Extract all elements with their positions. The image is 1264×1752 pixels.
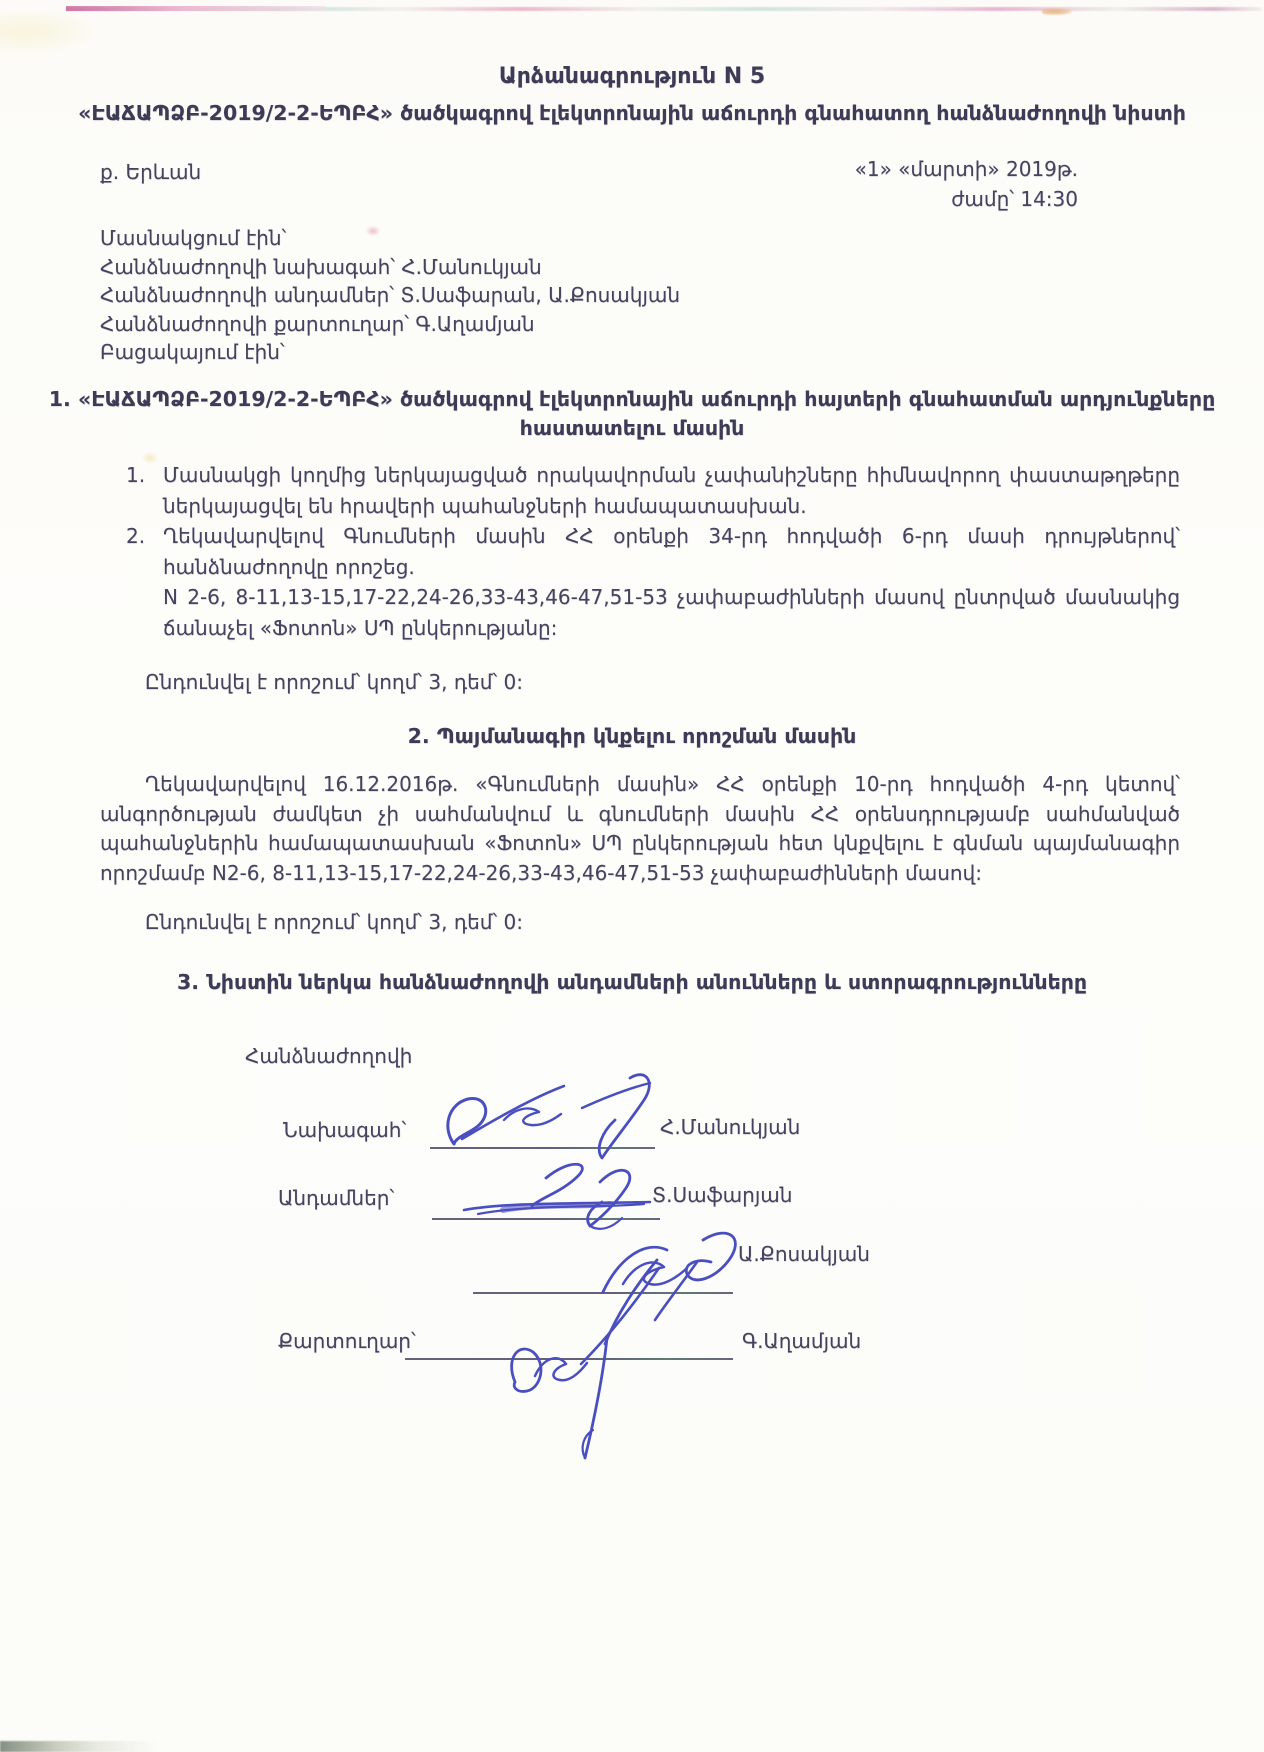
time-line: ժամը՝ 14:30 bbox=[855, 184, 1078, 215]
members-line: Հանձնաժողովի անդամներ՝ Տ.Սաֆարան, Ա.Քոսա… bbox=[100, 281, 680, 310]
date-block: «1» «մարտի» 2019թ. ժամը՝ 14:30 bbox=[855, 155, 1078, 215]
document-subtitle: «ԷԱՃԱՊՁԲ-2019/2-2-ԵՊԲՀ» ծածկագրով էլեկտր… bbox=[0, 99, 1264, 128]
section2-heading: 2. Պայմանագիր կնքելու որոշման մասին bbox=[0, 722, 1264, 751]
signature-secretary bbox=[487, 1252, 687, 1464]
section2-paragraph: Ղեկավարվելով 16.12.2016թ. «Գնումների մաս… bbox=[100, 770, 1180, 888]
scanned-protocol-page: Արձանագրություն N 5 «ԷԱՃԱՊՁԲ-2019/2-2-ԵՊ… bbox=[0, 0, 1264, 1752]
section1-heading-line2: հաստատելու մասին bbox=[0, 414, 1264, 443]
signature-label-chairman: Նախագահ՝ bbox=[283, 1116, 406, 1145]
participants-block: Մասնակցում էին՝ Հանձնաժողովի նախագահ՝ Հ.… bbox=[100, 224, 680, 367]
city-label: ք. Երևան bbox=[100, 158, 201, 187]
signature-label-secretary: Քարտուղար՝ bbox=[278, 1327, 416, 1356]
signature-chairman bbox=[432, 1066, 682, 1162]
decision-line-2: Ընդունվել է որոշում՝ կողմ՝ 3, դեմ՝ 0: bbox=[145, 908, 523, 937]
chairman-line: Հանձնաժողովի նախագահ՝ Հ.Մանուկյան bbox=[100, 253, 680, 282]
lots-line: N 2-6, 8-11,13-15,17-22,24-26,33-43,46-4… bbox=[100, 582, 1180, 643]
section1-heading: 1. «ԷԱՃԱՊՁԲ-2019/2-2-ԵՊԲՀ» ծածկագրով էլե… bbox=[0, 385, 1264, 443]
signature-name-member-2: Ա.Քոսակյան bbox=[738, 1240, 870, 1269]
section1-heading-line1: 1. «ԷԱՃԱՊՁԲ-2019/2-2-ԵՊԲՀ» ծածկագրով էլե… bbox=[0, 385, 1264, 414]
signature-name-chairman: Հ.Մանուկյան bbox=[660, 1113, 800, 1142]
signature-name-secretary: Գ.Աղամյան bbox=[742, 1327, 861, 1356]
decision-line-1: Ընդունվել է որոշում՝ կողմ՝ 3, դեմ՝ 0: bbox=[145, 668, 523, 697]
signature-label-members: Անդամներ՝ bbox=[278, 1184, 394, 1213]
list-item-number: 2. bbox=[126, 521, 145, 552]
commission-label: Հանձնաժողովի bbox=[245, 1042, 412, 1071]
bottom-edge-smudge bbox=[0, 1741, 160, 1752]
list-item: 1. Մասնակցի կողմից ներկայացված որակավորմ… bbox=[100, 460, 1180, 521]
present-label: Մասնակցում էին՝ bbox=[100, 224, 680, 253]
list-item: 2. Ղեկավարվելով Գնումների մասին ՀՀ օրենք… bbox=[100, 521, 1180, 582]
section3-heading: 3. Նիստին ներկա հանձնաժողովի անդամների ա… bbox=[0, 968, 1264, 997]
list-item-text: Մասնակցի կողմից ներկայացված որակավորման … bbox=[163, 463, 1180, 518]
date-line: «1» «մարտի» 2019թ. bbox=[855, 155, 1078, 184]
document-title: Արձանագրություն N 5 bbox=[0, 62, 1264, 92]
scan-speck bbox=[1042, 8, 1072, 15]
list-item-text: Ղեկավարվելով Գնումների մասին ՀՀ օրենքի 3… bbox=[163, 524, 1180, 579]
secretary-line: Հանձնաժողովի քարտուղար՝ Գ.Աղամյան bbox=[100, 310, 680, 339]
list-item-number: 1. bbox=[126, 460, 145, 491]
decisions-list: 1. Մասնակցի կողմից ներկայացված որակավորմ… bbox=[100, 460, 1180, 643]
absent-label: Բացակայում էին՝ bbox=[100, 338, 680, 367]
scan-edge-artifact-left bbox=[66, 6, 326, 11]
signature-name-member-1: Տ.Սաֆարյան bbox=[652, 1181, 792, 1210]
corner-smudge bbox=[0, 12, 100, 56]
